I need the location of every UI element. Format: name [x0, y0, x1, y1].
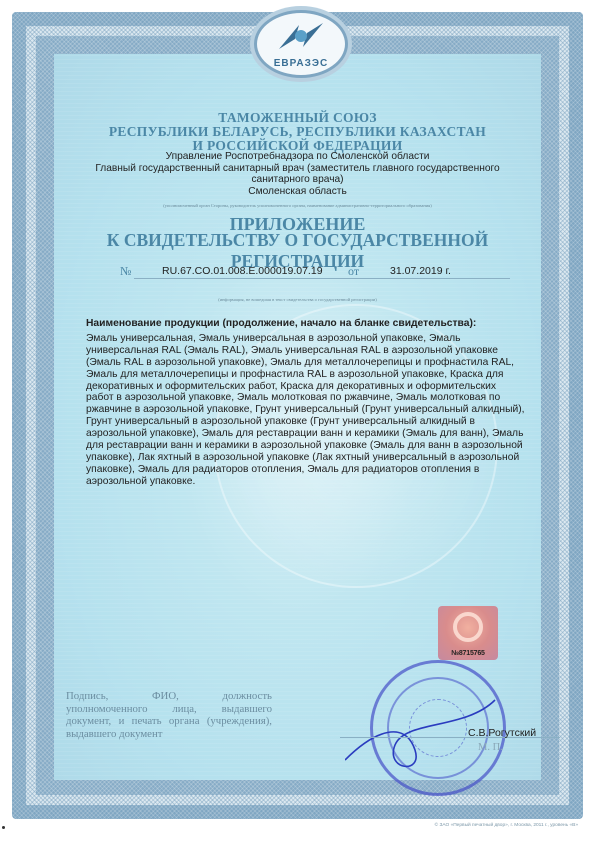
union-line: ТАМОЖЕННЫЙ СОЮЗ [54, 111, 541, 125]
authority-caption: (уполномоченный орган Стороны, руководит… [54, 203, 541, 208]
union-line: РЕСПУБЛИКИ БЕЛАРУСЬ, РЕСПУБЛИКИ КАЗАХСТА… [54, 125, 541, 139]
evrazes-emblem: ЕВРАЗЭС [254, 10, 348, 78]
certificate-number: RU.67.CO.01.008.E.000019.07.19 [162, 265, 323, 277]
hologram-serial: №8715765 [438, 650, 498, 657]
date-label: от [348, 264, 359, 279]
authority-line: Смоленская область [54, 186, 541, 198]
hologram-sticker: №8715765 [438, 606, 498, 660]
registration-line: № RU.67.CO.01.008.E.000019.07.19 от 31.0… [120, 265, 510, 279]
product-list-heading: Наименование продукции (продолжение, нач… [86, 318, 526, 330]
authority-line: санитарного врача) [54, 174, 541, 186]
signature-caption: Подпись, ФИО, должность уполномоченного … [66, 690, 272, 740]
authority-line: Управление Роспотребнадзора по Смоленско… [54, 151, 541, 163]
product-list: Наименование продукции (продолжение, нач… [86, 318, 526, 488]
registration-caption: (информация, не вошедшая в текст свидете… [54, 297, 541, 302]
evrazes-emblem-icon [275, 19, 327, 53]
emblem-label: ЕВРАЗЭС [257, 58, 345, 69]
signer-name: С.В.Рогутский [468, 727, 536, 739]
seal-place-mark: М. П. [478, 742, 503, 753]
scan-dot [2, 826, 5, 829]
customs-union-heading: ТАМОЖЕННЫЙ СОЮЗ РЕСПУБЛИКИ БЕЛАРУСЬ, РЕС… [54, 111, 541, 153]
issuing-authority: Управление Роспотребнадзора по Смоленско… [54, 151, 541, 197]
printer-note: © ЗАО «Первый печатный двор», г. Москва,… [435, 823, 578, 828]
certificate-date: 31.07.2019 г. [390, 265, 451, 277]
product-list-text: Эмаль универсальная, Эмаль универсальная… [86, 333, 525, 487]
number-label: № [120, 264, 131, 279]
authority-line: Главный государственный санитарный врач … [54, 163, 541, 175]
registration-underline [134, 278, 510, 279]
hologram-logo-icon [453, 612, 483, 642]
